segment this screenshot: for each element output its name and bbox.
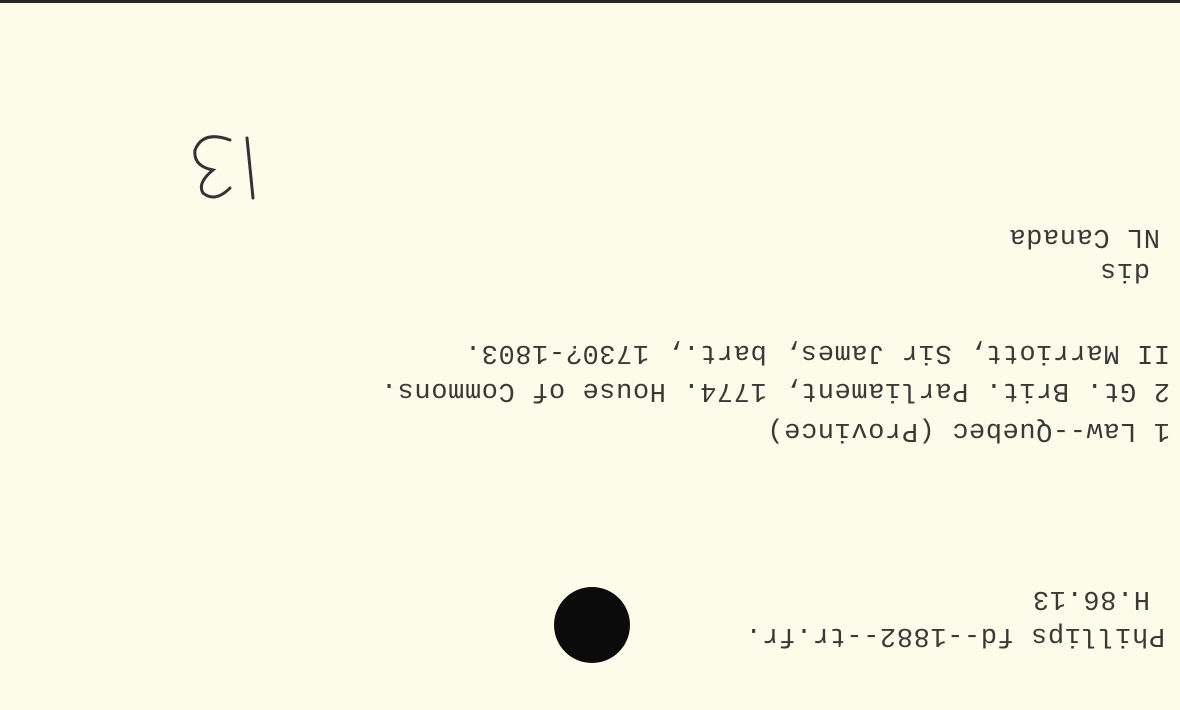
catalog-card: Phillips fd--1882--tr.fr. H.86.13 1 Law-… — [0, 0, 1180, 710]
subject-2: 2 Gt. Brit. Parliament, 1774. House of C… — [380, 375, 1170, 405]
subject-3: II Marriott, Sir James, bart., 1730?-180… — [464, 337, 1170, 367]
punch-hole-icon — [554, 587, 630, 663]
card-content-rotated: Phillips fd--1882--tr.fr. H.86.13 1 Law-… — [0, 3, 1180, 710]
heading-line: Phillips fd--1882--tr.fr. — [745, 620, 1165, 650]
disposition-note: dis — [1100, 255, 1150, 285]
subject-1: 1 Law--Quebec (Province) — [767, 415, 1170, 445]
call-number: H.86.13 — [1032, 583, 1150, 613]
handwritten-number-13 — [175, 118, 275, 218]
location-note: NL Canada — [1009, 221, 1160, 251]
